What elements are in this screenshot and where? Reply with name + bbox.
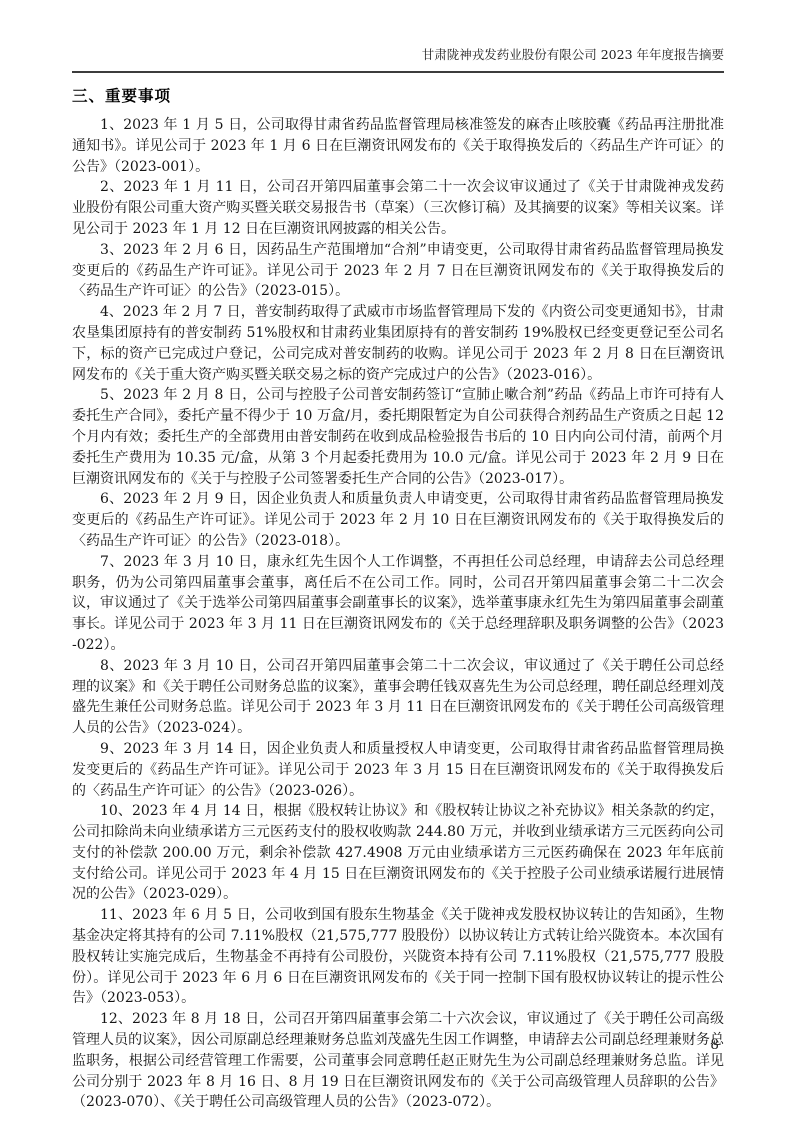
paragraph-item: 8、2023 年 3 月 10 日，公司召开第四届董事会第二十二次会议，审议通过… [72, 656, 724, 739]
paragraph-item: 2、2023 年 1 月 11 日，公司召开第四届董事会第二十一次会议审议通过了… [72, 177, 724, 239]
section-title: 三、重要事项 [72, 84, 724, 106]
page-number: 8 [710, 1037, 719, 1053]
paragraph-item: 4、2023 年 2 月 7 日，普安制药取得了武威市市场监督管理局下发的《内资… [72, 302, 724, 385]
paragraph-item: 12、2023 年 8 月 18 日，公司召开第四届董事会第二十六次会议，审议通… [72, 1009, 724, 1113]
report-page: 甘肃陇神戎发药业股份有限公司 2023 年年度报告摘要 三、重要事项 1、202… [0, 0, 793, 1122]
paragraph-item: 1、2023 年 1 月 5 日，公司取得甘肃省药品监督管理局核准签发的麻杏止咳… [72, 115, 724, 177]
paragraphs-container: 1、2023 年 1 月 5 日，公司取得甘肃省药品监督管理局核准签发的麻杏止咳… [72, 115, 724, 1113]
paragraph-item: 7、2023 年 3 月 10 日，康永红先生因个人工作调整，不再担任公司总经理… [72, 552, 724, 656]
paragraph-item: 9、2023 年 3 月 14 日，因企业负责人和质量授权人申请变更，公司取得甘… [72, 739, 724, 801]
paragraph-item: 11、2023 年 6 月 5 日，公司收到国有股东生物基金《关于陇神戎发股权协… [72, 905, 724, 1009]
page-content: 甘肃陇神戎发药业股份有限公司 2023 年年度报告摘要 三、重要事项 1、202… [72, 46, 724, 1113]
paragraph-item: 3、2023 年 2 月 6 日，因药品生产范围增加“合剂”申请变更，公司取得甘… [72, 240, 724, 302]
paragraph-item: 10、2023 年 4 月 14 日，根据《股权转让协议》和《股权转让协议之补充… [72, 801, 724, 905]
paragraph-item: 6、2023 年 2 月 9 日，因企业负责人和质量负责人申请变更，公司取得甘肃… [72, 489, 724, 551]
paragraph-item: 5、2023 年 2 月 8 日，公司与控股子公司普安制药签订“宣肺止嗽合剂”药… [72, 385, 724, 489]
page-header: 甘肃陇神戎发药业股份有限公司 2023 年年度报告摘要 [72, 46, 724, 73]
